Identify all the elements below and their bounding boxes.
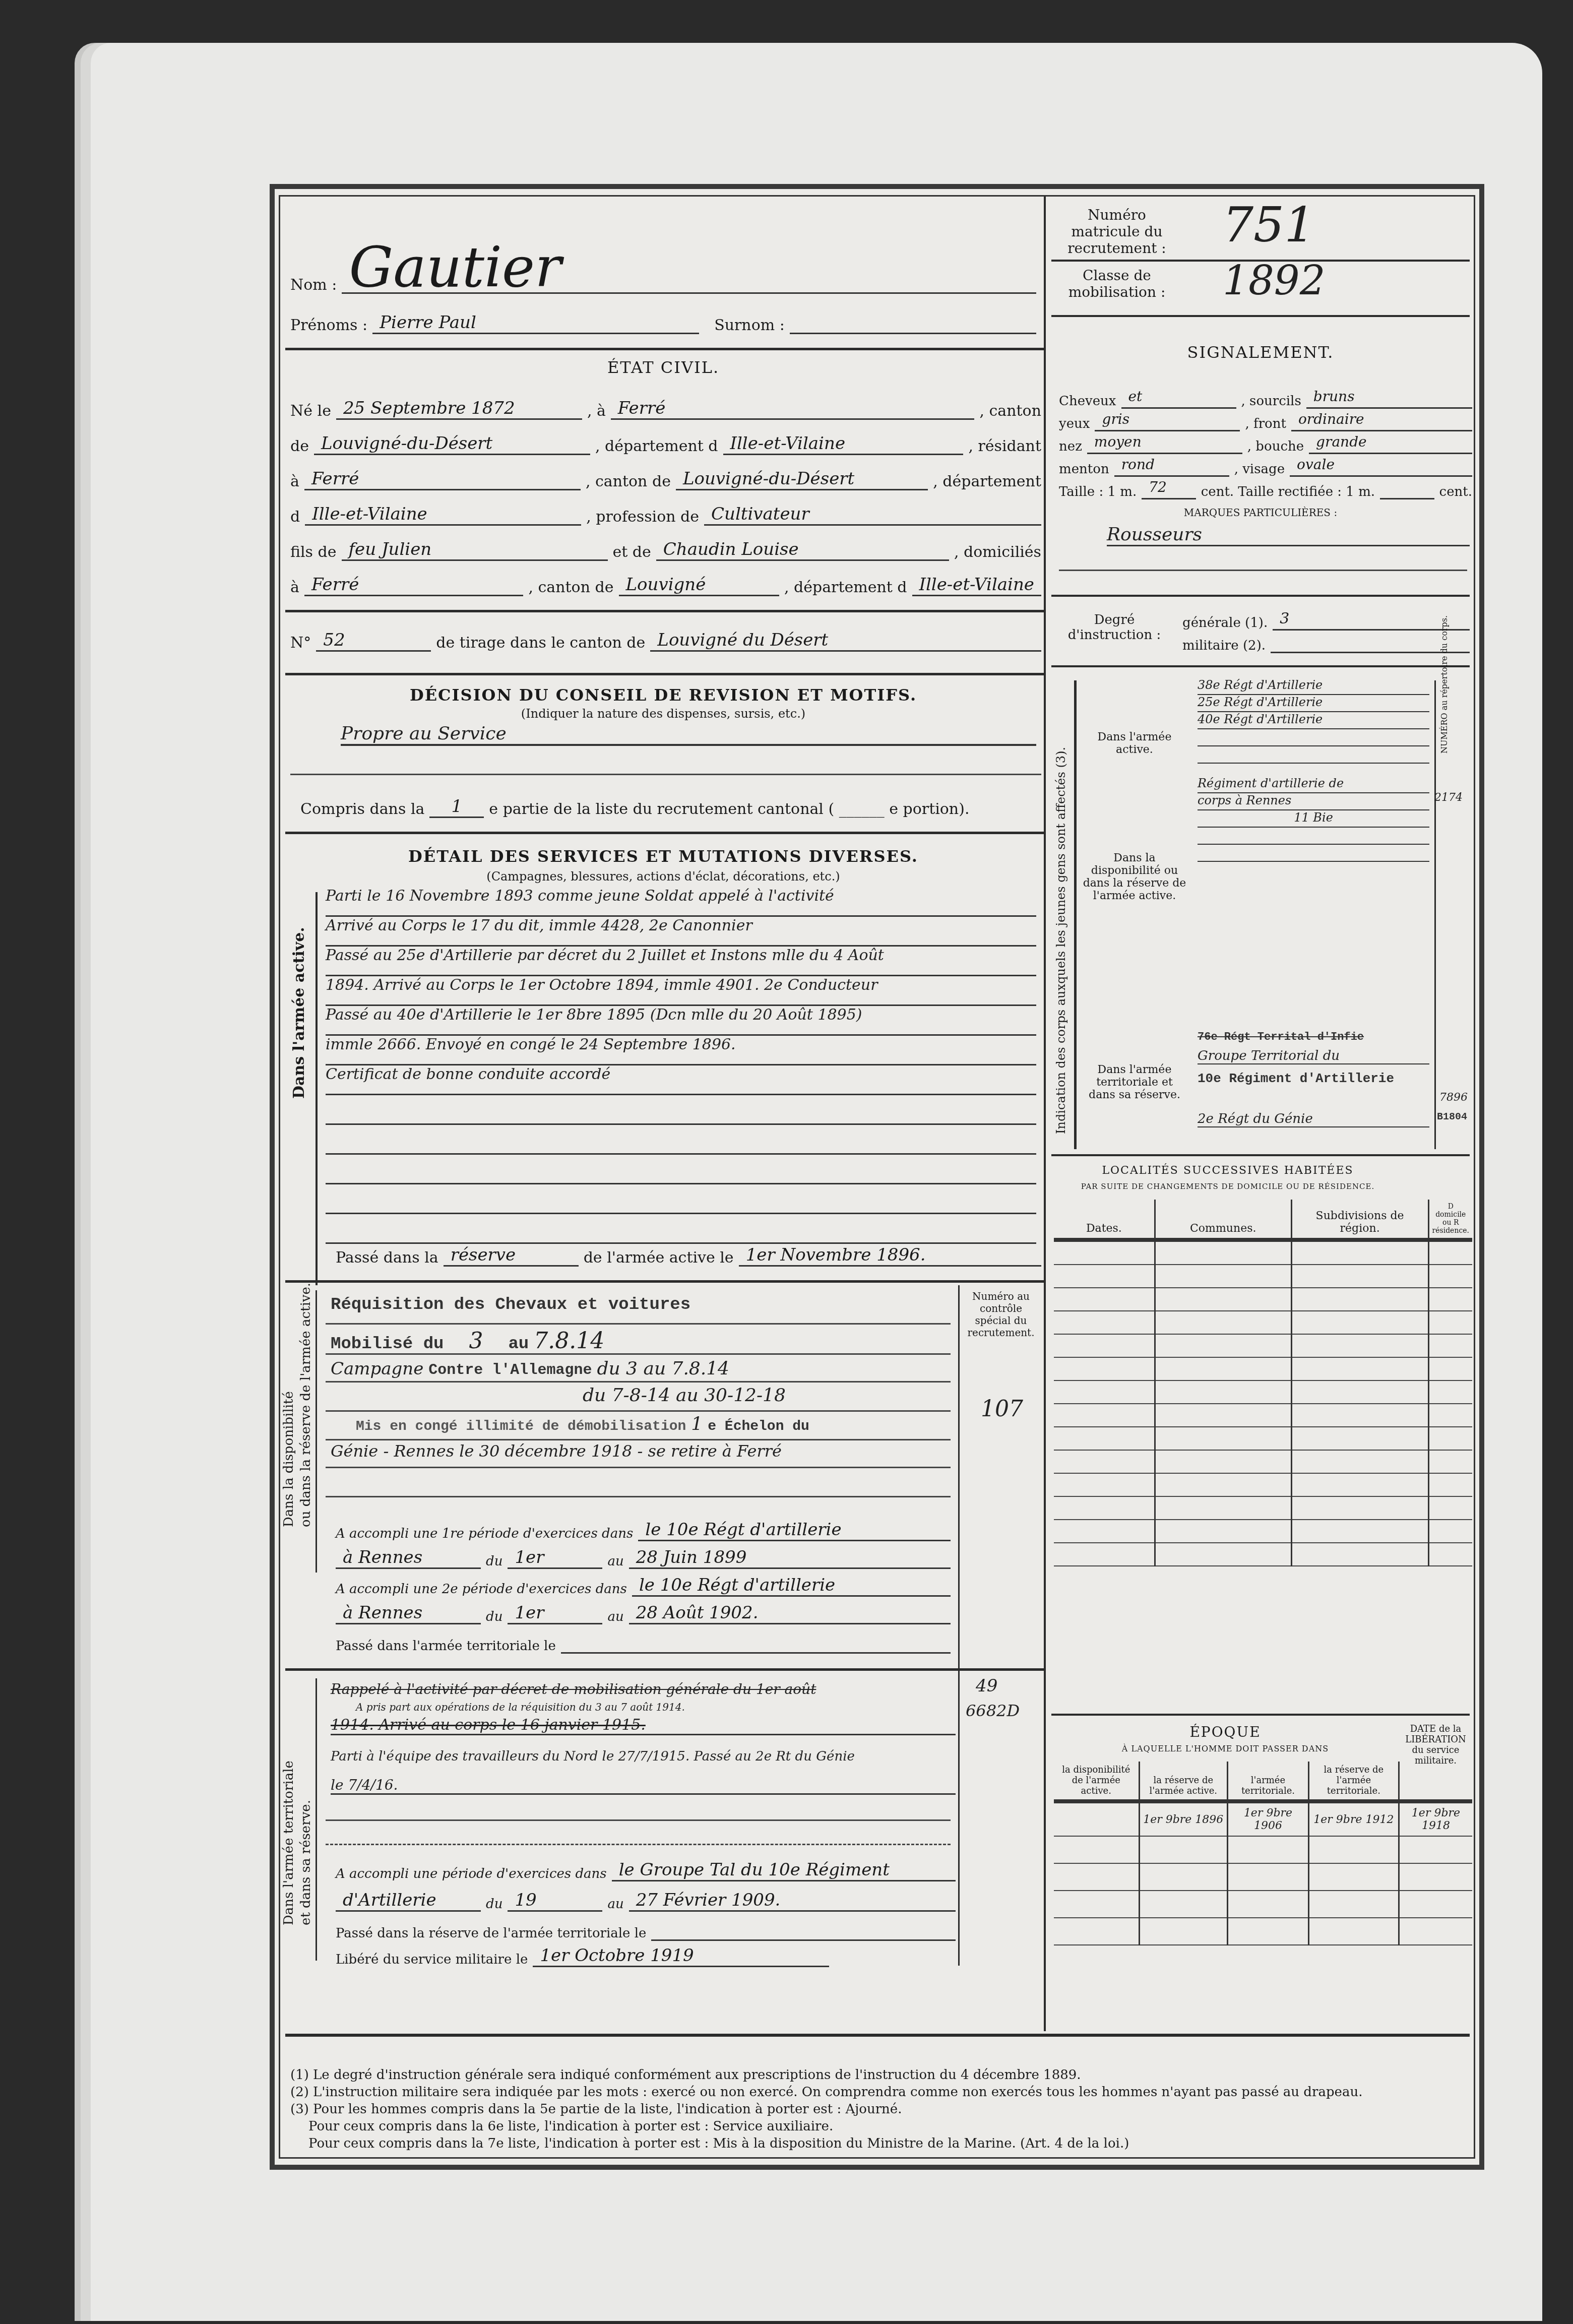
periode1-du-label: du xyxy=(486,1554,502,1569)
campagne-row: Campagne Contre l'Allemagne du 3 au 7.8.… xyxy=(331,1358,729,1379)
pere: feu Julien xyxy=(342,539,608,561)
passe-date: 1er Novembre 1896. xyxy=(739,1245,1041,1267)
table-row xyxy=(1054,1404,1472,1427)
territ-periode-lieu: d'Artillerie xyxy=(336,1890,481,1912)
tirage-label: de tirage dans le canton de xyxy=(436,634,645,652)
registration-form: Nom : Gautier Prénoms : Pierre Paul Surn… xyxy=(270,184,1484,2170)
bouche-label: , bouche xyxy=(1247,439,1304,454)
matricule-label: Numéro matricule du recrutement : xyxy=(1051,207,1182,257)
libere-label: Libéré du service militaire le xyxy=(336,1952,528,1967)
profession-label: , profession de xyxy=(586,508,699,526)
footnote-5: Pour ceux compris dans la 7e liste, l'in… xyxy=(290,2135,1362,2152)
mobilise-label: Mobilisé du xyxy=(331,1335,444,1354)
et-de-label: et de xyxy=(613,543,651,561)
dispo-item: corps à Rennes xyxy=(1198,793,1429,810)
dispo-label: Dans la disponibilité ou dans la réserve… xyxy=(1082,852,1187,902)
cheveux: et xyxy=(1121,388,1236,409)
front: ordinaire xyxy=(1291,411,1472,431)
table-row xyxy=(1054,1918,1472,1945)
lieu-naissance: Ferré xyxy=(611,398,975,420)
territoriale-side-2: et dans sa réserve. xyxy=(297,1761,314,1925)
residence-dept-label: , département xyxy=(933,473,1041,490)
localites-title: LOCALITÉS SUCCESSIVES HABITÉES xyxy=(1051,1164,1404,1177)
sourcils-label: , sourcils xyxy=(1241,394,1301,409)
yeux-label: yeux xyxy=(1059,416,1090,431)
militaire-row: militaire (2). xyxy=(1182,633,1470,653)
campagne-hw: Campagne xyxy=(331,1359,423,1379)
col-territoriale: l'armée territoriale. xyxy=(1228,1762,1309,1801)
generale-label: générale (1). xyxy=(1182,615,1268,631)
de-label: de xyxy=(290,437,309,455)
conge-echelon-label: e Échelon du xyxy=(708,1419,809,1434)
conge-echelon: 1 xyxy=(691,1414,703,1434)
domicile-a-label: à xyxy=(290,579,299,596)
ne-le-label: Né le xyxy=(290,402,331,420)
a-label: , à xyxy=(587,402,606,420)
periode2-au-label: au xyxy=(607,1609,623,1624)
territ-genie: 2e Régt du Génie xyxy=(1198,1111,1429,1127)
table-row xyxy=(1054,1836,1472,1863)
decision-subtitle: (Indiquer la nature des dispenses, sursi… xyxy=(280,707,1046,721)
surnom-label: Surnom : xyxy=(714,317,785,334)
degre-label: Degré d'instruction : xyxy=(1056,612,1172,643)
passe-value: réserve xyxy=(444,1245,579,1267)
arrive-line: 1914. Arrivé au corps le 16 janvier 1915… xyxy=(331,1716,956,1735)
service-line xyxy=(326,1184,1036,1214)
territoriale-date xyxy=(561,1633,951,1654)
residence-a-label: à xyxy=(290,473,299,490)
visage: ovale xyxy=(1290,456,1472,477)
active-list: 38e Régt d'Artillerie 25e Régt d'Artille… xyxy=(1198,678,1429,764)
territ-periode-row: A accompli une période d'exercices dans … xyxy=(336,1860,956,1881)
disponibilite-side-2: ou dans la réserve de l'armée active. xyxy=(297,1283,314,1527)
domicile: Ferré xyxy=(304,575,524,596)
nez: moyen xyxy=(1087,433,1242,454)
territ-hw: Groupe Territorial du xyxy=(1198,1048,1429,1064)
territoriale-numero-2: 6682D xyxy=(966,1701,1020,1720)
services-subtitle: (Campagnes, blessures, actions d'éclat, … xyxy=(280,869,1046,884)
menton-row: menton rond , visage ovale xyxy=(1059,456,1472,477)
rappel-annotation: A pris part aux opérations de la réquisi… xyxy=(356,1701,685,1713)
militaire-label: militaire (2). xyxy=(1182,638,1266,653)
epoque-reserve-territoriale: 1er 9bre 1912 xyxy=(1308,1801,1399,1836)
territ-numero-1: 7896 xyxy=(1439,1091,1468,1104)
table-row xyxy=(1054,1450,1472,1473)
residence: Ferré xyxy=(304,469,581,490)
residant-label: , résidant xyxy=(968,437,1041,455)
territ-periode-du-label: du xyxy=(486,1897,502,1912)
active-item: 40e Régt d'Artillerie xyxy=(1198,712,1429,729)
etat-civil-title: ÉTAT CIVIL. xyxy=(280,358,1046,377)
service-line: Arrivé au Corps le 17 du dit, immle 4428… xyxy=(326,917,1036,947)
epoque-table: la disponibilité de l'armée active. la r… xyxy=(1054,1762,1472,1945)
table-row xyxy=(1054,1891,1472,1918)
col-subdivisions: Subdivisions de région. xyxy=(1291,1200,1428,1240)
taille-row: Taille : 1 m. 72 cent. Taille rectifiée … xyxy=(1059,479,1472,499)
sourcils: bruns xyxy=(1306,388,1472,409)
services-title: DÉTAIL DES SERVICES ET MUTATIONS DIVERSE… xyxy=(280,847,1046,866)
classe-label: Classe de mobilisation : xyxy=(1051,267,1182,300)
cheveux-label: Cheveux xyxy=(1059,394,1116,409)
epoque-territoriale: 1er 9bre 1906 xyxy=(1228,1801,1309,1836)
periode1-du: 1er xyxy=(508,1547,602,1569)
prenoms-value: Pierre Paul xyxy=(372,312,699,334)
numero-controle-header: Numéro au contrôle spécial du recrutemen… xyxy=(961,1290,1041,1339)
territoriale-label: Passé dans l'armée territoriale le xyxy=(336,1639,556,1654)
table-row: 1er 9bre 1896 1er 9bre 1906 1er 9bre 191… xyxy=(1054,1801,1472,1836)
service-line: Certificat de bonne conduite accordé xyxy=(326,1065,1036,1095)
classe-value: 1892 xyxy=(1223,257,1326,304)
mobilise-to: 7.8.14 xyxy=(534,1328,604,1354)
date-naissance: 25 Septembre 1872 xyxy=(336,398,582,420)
epoque-title: ÉPOQUE xyxy=(1054,1724,1397,1740)
nez-row: nez moyen , bouche grande xyxy=(1059,433,1472,454)
passe-genie-line: le 7/4/16. xyxy=(331,1777,956,1795)
epoque-disponibilite xyxy=(1054,1801,1139,1836)
localites-subtitle: PAR SUITE DE CHANGEMENTS DE DOMICILE OU … xyxy=(1051,1182,1404,1191)
passe-reserve-row: Passé dans la réserve de l'armée active … xyxy=(336,1245,1041,1267)
footnote-2: (2) L'instruction militaire sera indiqué… xyxy=(290,2084,1362,2101)
prenoms-label: Prénoms : xyxy=(290,317,367,334)
disponibilite-side-1: Dans la disponibilité xyxy=(280,1283,297,1527)
domicile-canton: Louvigné xyxy=(619,575,779,596)
libere-date: 1er Octobre 1919 xyxy=(533,1945,829,1967)
signalement-title: SIGNALEMENT. xyxy=(1046,343,1475,362)
cheveux-row: Cheveux et , sourcils bruns xyxy=(1059,388,1472,409)
territ-periode-dates-row: d'Artillerie du 19 au 27 Février 1909. xyxy=(336,1890,956,1912)
dispo-list: Régiment d'artillerie de corps à Rennes … xyxy=(1198,776,1429,862)
service-line: Passé au 25e d'Artillerie par décret du … xyxy=(326,947,1036,976)
col-reserve-territoriale: la réserve de l'armée territoriale. xyxy=(1308,1762,1399,1801)
mobilise-row: Mobilisé du 3 au 7.8.14 xyxy=(331,1328,604,1354)
territ-periode-label: A accompli une période d'exercices dans xyxy=(336,1866,607,1881)
table-row xyxy=(1054,1427,1472,1450)
localites-table: Dates. Communes. Subdivisions de région.… xyxy=(1054,1200,1472,1566)
periode1-dates-row: à Rennes du 1er au 28 Juin 1899 xyxy=(336,1547,951,1569)
residence-dept: Ille-et-Vilaine xyxy=(305,504,581,526)
territ-periode-au-label: au xyxy=(607,1897,623,1912)
nom-label: Nom : xyxy=(290,276,337,294)
conge-row: Mis en congé illimité de démobilisation … xyxy=(356,1414,809,1434)
active-label: Dans l'armée active. xyxy=(1082,731,1187,756)
naissance-row: Né le 25 Septembre 1872 , à Ferré , cant… xyxy=(290,398,1041,420)
residence-row: à Ferré , canton de Louvigné-du-Désert ,… xyxy=(290,469,1041,490)
cent-label: cent. xyxy=(1439,484,1472,499)
requisition-stamp: Réquisition des Chevaux et voitures xyxy=(331,1295,690,1314)
service-line: Parti le 16 Novembre 1893 comme jeune So… xyxy=(326,887,1036,917)
domicile-dept: Ille-et-Vilaine xyxy=(912,575,1041,596)
mere: Chaudin Louise xyxy=(656,539,949,561)
territ-periode-au: 27 Février 1909. xyxy=(629,1890,956,1912)
numero-repertoire-header: NUMÉRO au répertoire du corps. xyxy=(1439,678,1450,753)
domicilies-label: , domiciliés xyxy=(954,543,1041,561)
footnote-1: (1) Le degré d'instruction générale sera… xyxy=(290,2066,1362,2084)
reserve-territ-label: Passé dans la réserve de l'armée territo… xyxy=(336,1926,646,1941)
periode1-au: 28 Juin 1899 xyxy=(629,1547,951,1569)
territ-periode-du: 19 xyxy=(508,1890,602,1912)
dispo-item: 11 Bie xyxy=(1198,810,1429,828)
dispo-numero: 2174 xyxy=(1434,791,1463,804)
passe-label: Passé dans la xyxy=(336,1249,438,1267)
disponibilite-side-label: Dans la disponibilité ou dans la réserve… xyxy=(280,1283,314,1527)
nom-value: Gautier xyxy=(342,242,1036,294)
parents-row: fils de feu Julien et de Chaudin Louise … xyxy=(290,539,1041,561)
fils-de-label: fils de xyxy=(290,543,337,561)
taille-rectifiee xyxy=(1380,479,1434,499)
decision-title: DÉCISION DU CONSEIL DE REVISION ET MOTIF… xyxy=(280,685,1046,705)
periode1-lieu: à Rennes xyxy=(336,1547,481,1569)
matricule-value: 751 xyxy=(1223,197,1315,253)
footnotes: (1) Le degré d'instruction générale sera… xyxy=(290,2066,1362,2152)
mobilise-from: 3 xyxy=(469,1328,483,1354)
decision-text: Propre au Service xyxy=(341,723,1036,746)
departement-label: , département d xyxy=(595,437,718,455)
col-disponibilite: la disponibilité de l'armée active. xyxy=(1054,1762,1139,1801)
parti-line: Parti à l'équipe des travailleurs du Nor… xyxy=(331,1749,855,1764)
table-row xyxy=(1054,1288,1472,1311)
taille-label: Taille : 1 m. xyxy=(1059,484,1137,499)
table-row xyxy=(1054,1357,1472,1380)
service-line: immle 2666. Envoyé en congé le 24 Septem… xyxy=(326,1036,1036,1065)
nom-row: Nom : Gautier xyxy=(290,242,1036,294)
menton-label: menton xyxy=(1059,462,1109,477)
table-row xyxy=(1054,1240,1472,1265)
canton-row: de Louvigné-du-Désert , département d Il… xyxy=(290,433,1041,455)
periode1-au-label: au xyxy=(607,1554,623,1569)
table-row xyxy=(1054,1380,1472,1404)
reserve-territ-date xyxy=(651,1920,956,1941)
periode2-du: 1er xyxy=(508,1603,602,1624)
periode2-corps: le 10e Régt d'artillerie xyxy=(632,1575,951,1597)
service-line: Passé au 40e d'Artillerie le 1er 8bre 18… xyxy=(326,1006,1036,1036)
compris-suffix: e partie de la liste du recrutement cant… xyxy=(489,800,969,818)
compris-label: Compris dans la xyxy=(300,800,424,818)
table-row xyxy=(1054,1520,1472,1543)
profession-row: d Ille-et-Vilaine , profession de Cultiv… xyxy=(290,504,1041,526)
periode1-corps: le 10e Régt d'artillerie xyxy=(638,1520,951,1541)
service-line xyxy=(326,1095,1036,1125)
generale-row: générale (1). 3 xyxy=(1182,610,1470,631)
periode2-dates-row: à Rennes du 1er au 28 Août 1902. xyxy=(336,1603,951,1624)
table-row xyxy=(1054,1473,1472,1496)
marques: Rousseurs xyxy=(1107,524,1470,546)
footnote-3: (3) Pour les hommes compris dans la 5e p… xyxy=(290,2101,1362,2118)
affectations-side-label: Indication des corps auxquels les jeunes… xyxy=(1054,747,1068,1134)
bouche: grande xyxy=(1309,433,1472,454)
rappel-line: Rappelé à l'activité par décret de mobil… xyxy=(331,1681,816,1698)
active-item: 38e Régt d'Artillerie xyxy=(1198,678,1429,695)
table-row xyxy=(1054,1265,1472,1288)
tirage-row: N° 52 de tirage dans le canton de Louvig… xyxy=(290,630,1041,652)
menton: rond xyxy=(1114,456,1229,477)
epoque-liberation: 1er 9bre 1918 xyxy=(1399,1801,1472,1836)
campagne-dates-2: du 7-8-14 au 30-12-18 xyxy=(583,1385,786,1406)
periode2-lieu: à Rennes xyxy=(336,1603,481,1624)
canton-naissance: Louvigné-du-Désert xyxy=(314,433,590,455)
table-row xyxy=(1054,1543,1472,1566)
compris-row: Compris dans la 1 e partie de la liste d… xyxy=(300,796,969,818)
localites-body xyxy=(1054,1240,1472,1566)
col-dates: Dates. xyxy=(1054,1200,1155,1240)
service-line: 1894. Arrivé au Corps le 1er Octobre 189… xyxy=(326,976,1036,1006)
numero-controle: 107 xyxy=(981,1396,1023,1422)
taille-cent-label: cent. Taille rectifiée : 1 m. xyxy=(1201,484,1375,499)
taille: 72 xyxy=(1142,479,1196,499)
periode2-label: A accompli une 2e période d'exercices da… xyxy=(336,1582,627,1597)
epoque-subtitle: À LAQUELLE L'HOMME DOIT PASSER DANS xyxy=(1054,1744,1397,1753)
services-side-label: Dans l'armée active. xyxy=(290,927,308,1099)
col-domicile-residence: D domicile ou R résidence. xyxy=(1428,1200,1472,1240)
table-row xyxy=(1054,1334,1472,1357)
tirage-numero: 52 xyxy=(316,630,431,652)
territoriale-side-1: Dans l'armée territoriale xyxy=(280,1761,297,1925)
territ-struck: 76e Régt Territal d'Infie xyxy=(1198,1031,1364,1043)
territoriale-side-label: Dans l'armée territoriale et dans sa rés… xyxy=(280,1761,314,1925)
periode1-label: A accompli une 1re période d'exercices d… xyxy=(336,1526,633,1541)
table-row xyxy=(1054,1496,1472,1520)
periode1-row: A accompli une 1re période d'exercices d… xyxy=(336,1520,951,1541)
table-row xyxy=(1054,1311,1472,1334)
services-lines: Parti le 16 Novembre 1893 comme jeune So… xyxy=(326,887,1036,1244)
dispo-item xyxy=(1198,845,1429,862)
table-row xyxy=(1054,1863,1472,1891)
dispo-item xyxy=(1198,828,1429,845)
domicile-row: à Ferré , canton de Louvigné , départeme… xyxy=(290,575,1041,596)
profession: Cultivateur xyxy=(704,504,1041,526)
col-communes: Communes. xyxy=(1155,1200,1291,1240)
date-liberation-header: DATE de la LIBÉRATION du service militai… xyxy=(1402,1724,1470,1766)
active-item xyxy=(1198,729,1429,746)
territ-periode-corps: le Groupe Tal du 10e Régiment xyxy=(612,1860,956,1881)
periode2-du-label: du xyxy=(486,1609,502,1624)
visage-label: , visage xyxy=(1234,462,1285,477)
domicile-canton-label: , canton de xyxy=(528,579,613,596)
nez-label: nez xyxy=(1059,439,1082,454)
residence-canton-label: , canton de xyxy=(586,473,671,490)
compris-partie: 1 xyxy=(429,796,484,818)
surnom-value xyxy=(790,313,1036,334)
epoque-reserve-active: 1er 9bre 1896 xyxy=(1139,1801,1227,1836)
mobilise-au: au xyxy=(508,1335,529,1354)
front-label: , front xyxy=(1245,416,1286,431)
campagne-dates-1: du 3 au 7.8.14 xyxy=(597,1358,729,1379)
dispo-item: Régiment d'artillerie de xyxy=(1198,776,1429,793)
active-item: 25e Régt d'Artillerie xyxy=(1198,695,1429,712)
service-line xyxy=(326,1125,1036,1155)
footnote-4: Pour ceux compris dans la 6e liste, l'in… xyxy=(290,2118,1362,2135)
campagne-stamp: Contre l'Allemagne xyxy=(428,1362,592,1379)
territ-stamp: 10e Régiment d'Artillerie xyxy=(1198,1071,1394,1086)
tirage-no-label: N° xyxy=(290,634,311,652)
domicile-dept-label: , département d xyxy=(784,579,907,596)
periode2-row: A accompli une 2e période d'exercices da… xyxy=(336,1575,951,1597)
conge-stamp: Mis en congé illimité de démobilisation xyxy=(356,1419,686,1434)
libere-row: Libéré du service militaire le 1er Octob… xyxy=(336,1945,956,1967)
territ-label: Dans l'armée territoriale et dans sa rés… xyxy=(1082,1063,1187,1101)
residence-dept-de-label: d xyxy=(290,508,300,526)
yeux-row: yeux gris , front ordinaire xyxy=(1059,411,1472,431)
territoriale-numero-1: 49 xyxy=(976,1676,997,1696)
tirage-canton: Louvigné du Désert xyxy=(650,630,1041,652)
prenoms-row: Prénoms : Pierre Paul Surnom : xyxy=(290,312,1036,334)
reserve-territ-row: Passé dans la réserve de l'armée territo… xyxy=(336,1920,956,1941)
service-line xyxy=(326,1155,1036,1184)
departement-naissance: Ille-et-Vilaine xyxy=(723,433,964,455)
col-liberation xyxy=(1399,1762,1472,1801)
yeux: gris xyxy=(1095,411,1240,431)
conge-line: Génie - Rennes le 30 décembre 1918 - se … xyxy=(331,1441,782,1461)
passe-mid: de l'armée active le xyxy=(584,1249,734,1267)
residence-canton: Louvigné-du-Désert xyxy=(676,469,928,490)
territ-numero-2: B1804 xyxy=(1437,1111,1467,1123)
canton-label: , canton xyxy=(979,402,1041,420)
marques-title: MARQUES PARTICULIÈRES : xyxy=(1046,507,1475,519)
territoriale-passe-row: Passé dans l'armée territoriale le xyxy=(336,1633,951,1654)
col-reserve-active: la réserve de l'armée active. xyxy=(1139,1762,1227,1801)
periode2-au: 28 Août 1902. xyxy=(629,1603,951,1624)
active-item xyxy=(1198,746,1429,764)
service-line xyxy=(326,1214,1036,1244)
